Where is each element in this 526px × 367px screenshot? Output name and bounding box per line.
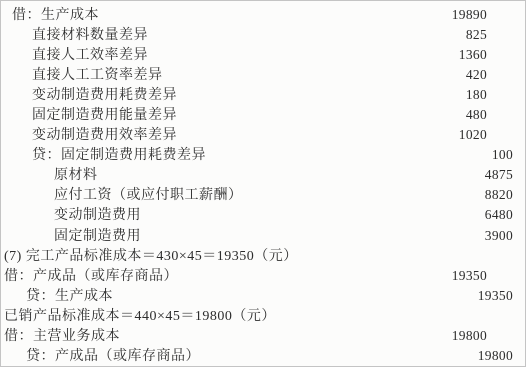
entry-account-label: 应付工资（或应付职工薪酬） <box>1 188 243 203</box>
journal-entry-row: 应付工资（或应付职工薪酬）8820 <box>1 185 525 205</box>
entry-amount-debit: 19350 <box>452 266 487 286</box>
entry-amount-credit: 8820 <box>485 185 513 205</box>
entry-account-label: 原材料 <box>1 168 98 183</box>
entry-account-label: 变动制造费用效率差异 <box>1 128 177 143</box>
entry-account-label: 贷：产成品（或库存商品） <box>1 349 200 364</box>
formula-row: 已销产品标准成本＝440×45＝19800（元） <box>1 306 525 326</box>
entry-amount-debit: 420 <box>466 65 487 85</box>
entry-amount-credit: 3900 <box>485 226 513 246</box>
journal-entry-row: 贷：产成品（或库存商品）19800 <box>1 346 525 366</box>
journal-entry-row: 原材料4875 <box>1 165 525 185</box>
formula-text: 已销产品标准成本＝440×45＝19800（元） <box>1 309 276 324</box>
entry-amount-credit: 4875 <box>485 165 513 185</box>
journal-entry-row: 变动制造费用6480 <box>1 205 525 225</box>
entry-amount-debit: 480 <box>466 105 487 125</box>
entry-amount-credit: 19350 <box>478 286 513 306</box>
entry-account-label: 变动制造费用 <box>1 208 141 223</box>
entry-amount-debit: 19890 <box>452 5 487 25</box>
formula-text: (7) 完工产品标准成本＝430×45＝19350（元） <box>1 249 298 264</box>
journal-entry-row: 贷：固定制造费用耗费差异100 <box>1 145 525 165</box>
journal-entry-row: 借：生产成本19890 <box>1 5 525 25</box>
entry-account-label: 直接人工工资率差异 <box>1 68 163 83</box>
journal-entry-row: 借：产成品（或库存商品）19350 <box>1 266 525 286</box>
entry-account-label: 变动制造费用耗费差异 <box>1 88 177 103</box>
journal-entries-list: 借：生产成本19890直接材料数量差异825直接人工效率差异1360直接人工工资… <box>1 5 525 366</box>
journal-entry-row: 借：主营业务成本19800 <box>1 326 525 346</box>
journal-entry-row: 固定制造费用能量差异480 <box>1 105 525 125</box>
journal-entry-row: 直接人工工资率差异420 <box>1 65 525 85</box>
entry-amount-debit: 1360 <box>459 45 487 65</box>
journal-entry-row: 固定制造费用3900 <box>1 226 525 246</box>
entry-amount-credit: 6480 <box>485 205 513 225</box>
entry-amount-debit: 19800 <box>452 326 487 346</box>
entry-account-label: 固定制造费用能量差异 <box>1 108 177 123</box>
entry-account-label: 借：主营业务成本 <box>1 329 120 344</box>
entry-account-label: 借：产成品（或库存商品） <box>1 269 178 284</box>
journal-entry-row: 变动制造费用效率差异1020 <box>1 125 525 145</box>
entry-account-label: 贷：固定制造费用耗费差异 <box>1 148 206 163</box>
journal-entry-row: 直接人工效率差异1360 <box>1 45 525 65</box>
entry-account-label: 固定制造费用 <box>1 229 141 244</box>
entry-amount-credit: 19800 <box>478 346 513 366</box>
entry-amount-debit: 180 <box>466 85 487 105</box>
journal-entry-row: 变动制造费用耗费差异180 <box>1 85 525 105</box>
entry-amount-credit: 100 <box>492 145 513 165</box>
entry-amount-debit: 825 <box>466 25 487 45</box>
entry-account-label: 直接人工效率差异 <box>1 48 148 63</box>
entry-amount-debit: 1020 <box>459 125 487 145</box>
journal-entry-row: 直接材料数量差异825 <box>1 25 525 45</box>
formula-row: (7) 完工产品标准成本＝430×45＝19350（元） <box>1 246 525 266</box>
document-page: 借：生产成本19890直接材料数量差异825直接人工效率差异1360直接人工工资… <box>0 0 526 367</box>
journal-entry-row: 贷：生产成本19350 <box>1 286 525 306</box>
entry-account-label: 直接材料数量差异 <box>1 28 148 43</box>
entry-account-label: 贷：生产成本 <box>1 289 113 304</box>
entry-account-label: 借：生产成本 <box>1 8 99 23</box>
